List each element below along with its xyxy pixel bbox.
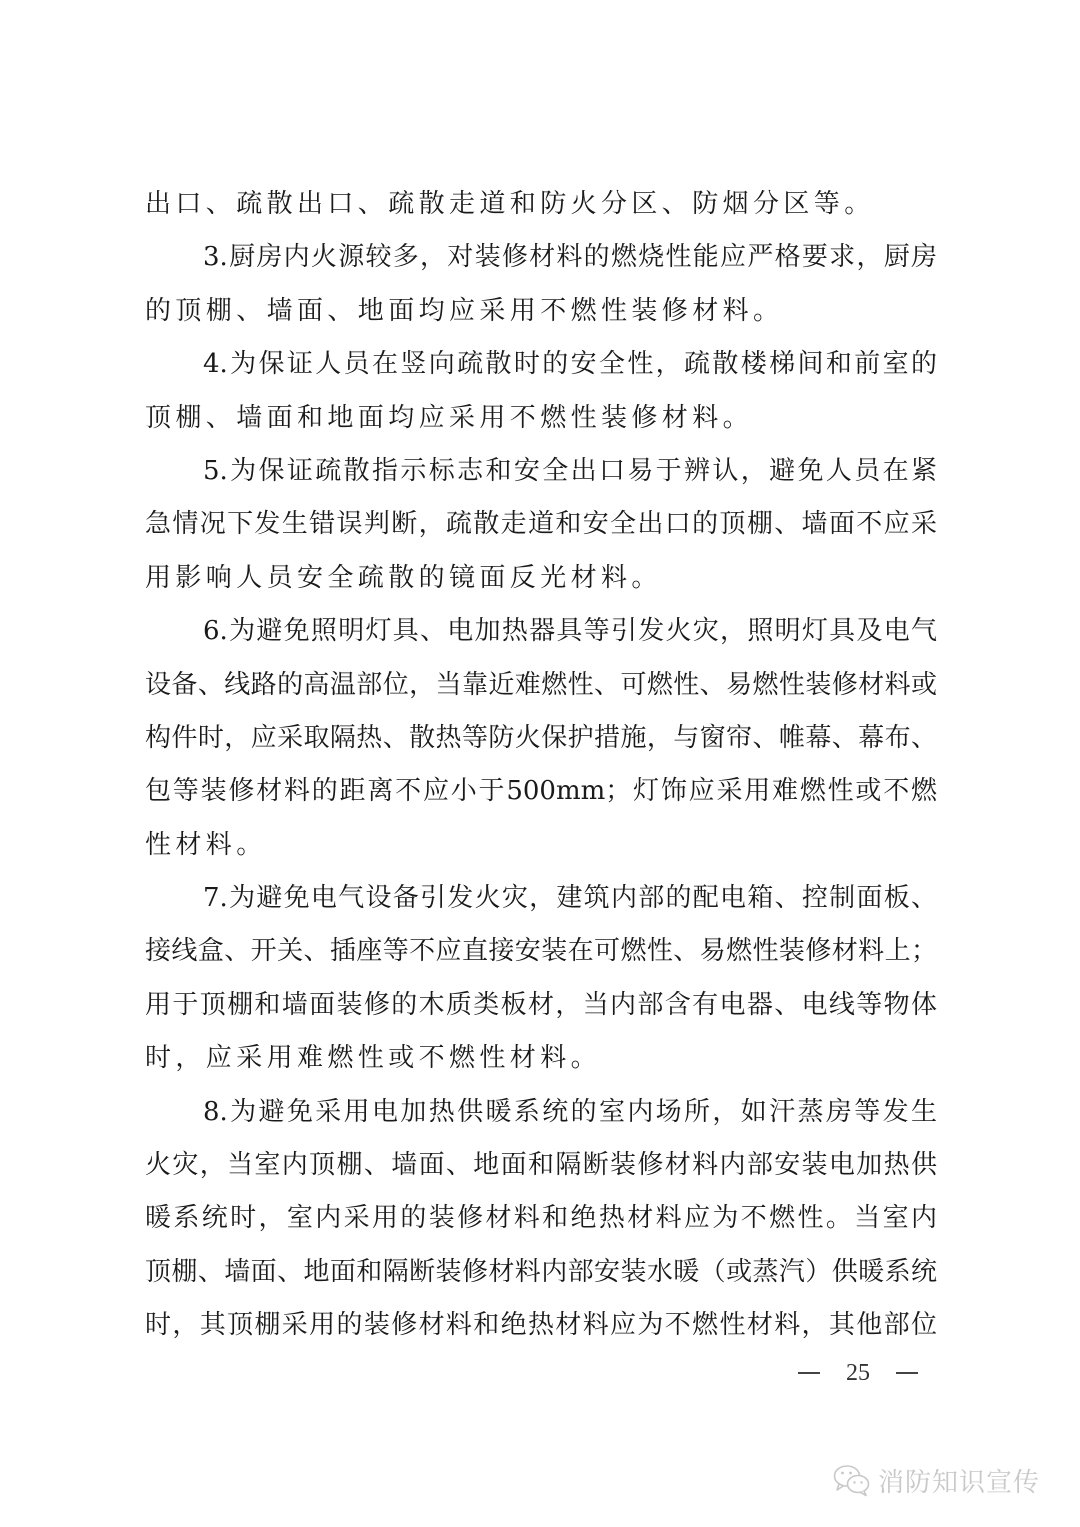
page-number-dash-left <box>798 1372 820 1374</box>
text-line: 的顶棚、墙面、地面均应采用不燃性装修材料。 <box>145 285 937 338</box>
text-line: 性材料。 <box>145 819 937 872</box>
watermark: 消防知识宣传 <box>832 1460 1040 1500</box>
body-text: 出口、疏散出口、疏散走道和防火分区、防烟分区等。 3.厨房内火源较多，对装修材料… <box>145 178 937 1353</box>
page-number: 25 <box>798 1358 918 1388</box>
text-line: 用于顶棚和墙面装修的木质类板材，当内部含有电器、电线等物体 <box>145 979 937 1032</box>
text-line: 急情况下发生错误判断，疏散走道和安全出口的顶棚、墙面不应采 <box>145 498 937 551</box>
text-line: 暖系统时，室内采用的装修材料和绝热材料应为不燃性。当室内 <box>145 1192 937 1245</box>
page-number-value: 25 <box>846 1360 870 1387</box>
text-line: 8.为避免采用电加热供暖系统的室内场所，如汗蒸房等发生 <box>145 1086 937 1139</box>
text-line: 用影响人员安全疏散的镜面反光材料。 <box>145 552 937 605</box>
text-line: 火灾，当室内顶棚、墙面、地面和隔断装修材料内部安装电加热供 <box>145 1139 937 1192</box>
text-line: 5.为保证疏散指示标志和安全出口易于辨认，避免人员在紧 <box>145 445 937 498</box>
wechat-icon <box>832 1463 872 1497</box>
text-line: 时，其顶棚采用的装修材料和绝热材料应为不燃性材料，其他部位 <box>145 1299 937 1352</box>
page-number-dash-right <box>896 1372 918 1374</box>
watermark-text: 消防知识宣传 <box>878 1462 1040 1499</box>
text-line: 顶棚、墙面、地面和隔断装修材料内部安装水暖（或蒸汽）供暖系统 <box>145 1246 937 1299</box>
text-line: 时，应采用难燃性或不燃性材料。 <box>145 1032 937 1085</box>
text-line: 构件时，应采取隔热、散热等防火保护措施，与窗帘、帷幕、幕布、软 <box>145 712 937 765</box>
text-line: 出口、疏散出口、疏散走道和防火分区、防烟分区等。 <box>145 178 937 231</box>
text-line: 顶棚、墙面和地面均应采用不燃性装修材料。 <box>145 392 937 445</box>
text-line: 6.为避免照明灯具、电加热器具等引发火灾，照明灯具及电气 <box>145 605 937 658</box>
text-line: 设备、线路的高温部位，当靠近难燃性、可燃性、易燃性装修材料或 <box>145 659 937 712</box>
text-line: 4.为保证人员在竖向疏散时的安全性，疏散楼梯间和前室的 <box>145 338 937 391</box>
text-line: 3.厨房内火源较多，对装修材料的燃烧性能应严格要求，厨房 <box>145 231 937 284</box>
document-page: 出口、疏散出口、疏散走道和防火分区、防烟分区等。 3.厨房内火源较多，对装修材料… <box>0 0 1080 1527</box>
text-line: 7.为避免电气设备引发火灾，建筑内部的配电箱、控制面板、 <box>145 872 937 925</box>
text-line: 包等装修材料的距离不应小于500mm；灯饰应采用难燃性或不燃 <box>145 765 937 818</box>
text-line: 接线盒、开关、插座等不应直接安装在可燃性、易燃性装修材料上； <box>145 925 937 978</box>
